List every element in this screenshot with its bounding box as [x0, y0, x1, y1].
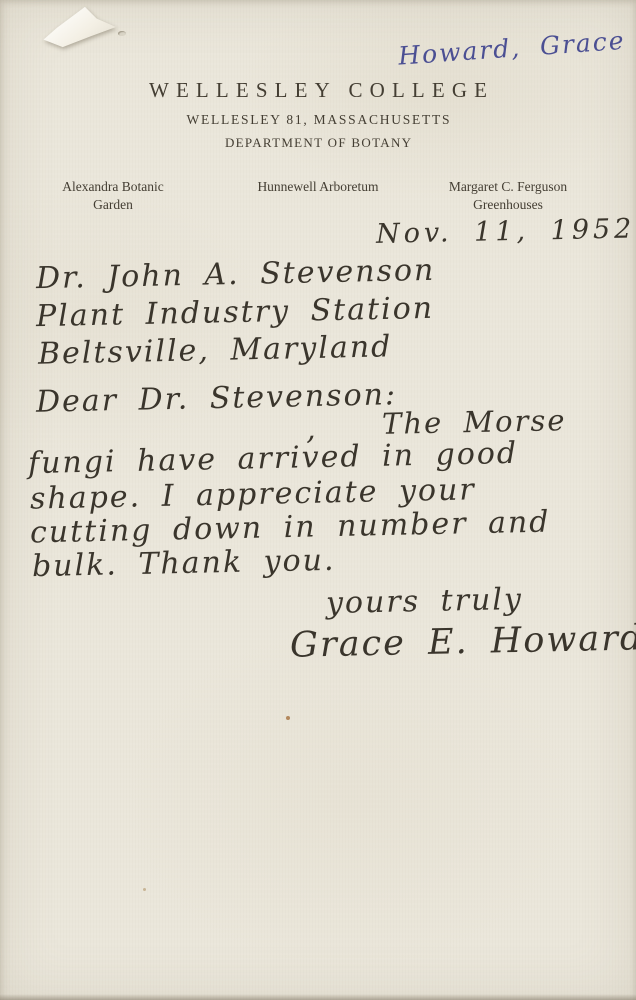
recipient-name: Dr. John A. Stevenson	[36, 253, 436, 296]
college-name: WELLESLEY COLLEGE	[0, 78, 636, 103]
paper-speck	[286, 716, 290, 720]
facility-line: Margaret C. Ferguson	[433, 178, 583, 196]
letter-date: Nov. 11, 1952.	[376, 213, 636, 250]
facility-line: Hunnewell Arboretum	[243, 178, 393, 196]
facility-line: Garden	[38, 196, 188, 214]
letterhead: WELLESLEY COLLEGE WELLESLEY 81, MASSACHU…	[0, 78, 636, 151]
salutation: Dear Dr. Stevenson:	[36, 377, 398, 420]
recipient-address-line: Beltsville, Maryland	[38, 329, 393, 371]
scan-bottom-edge	[0, 994, 636, 1000]
department-name: DEPARTMENT OF BOTANY	[0, 135, 636, 151]
facility-hunnewell-arboretum: Hunnewell Arboretum	[243, 178, 393, 196]
letter-scan: Howard, Grace E. WELLESLEY COLLEGE WELLE…	[0, 0, 636, 1000]
college-address: WELLESLEY 81, MASSACHUSETTS	[0, 112, 636, 128]
paper-tear	[42, 6, 116, 48]
facility-line: Alexandra Botanic	[38, 178, 188, 196]
signature: Grace E. Howard	[290, 618, 636, 665]
archival-annotation-name: Howard, Grace E.	[397, 22, 636, 70]
paper-tear-fragment	[118, 31, 126, 36]
paper-tear-flap	[42, 6, 116, 48]
closing-phrase: yours truly	[326, 582, 524, 621]
body-line: bulk. Thank you.	[32, 543, 336, 584]
recipient-address-line: Plant Industry Station	[36, 291, 435, 334]
facility-line: Greenhouses	[433, 196, 583, 214]
body-line: The Morse	[382, 403, 567, 441]
paper-speck	[143, 888, 146, 891]
facility-ferguson-greenhouses: Margaret C. Ferguson Greenhouses	[433, 178, 583, 214]
facility-alexandra-botanic-garden: Alexandra Botanic Garden	[38, 178, 188, 214]
